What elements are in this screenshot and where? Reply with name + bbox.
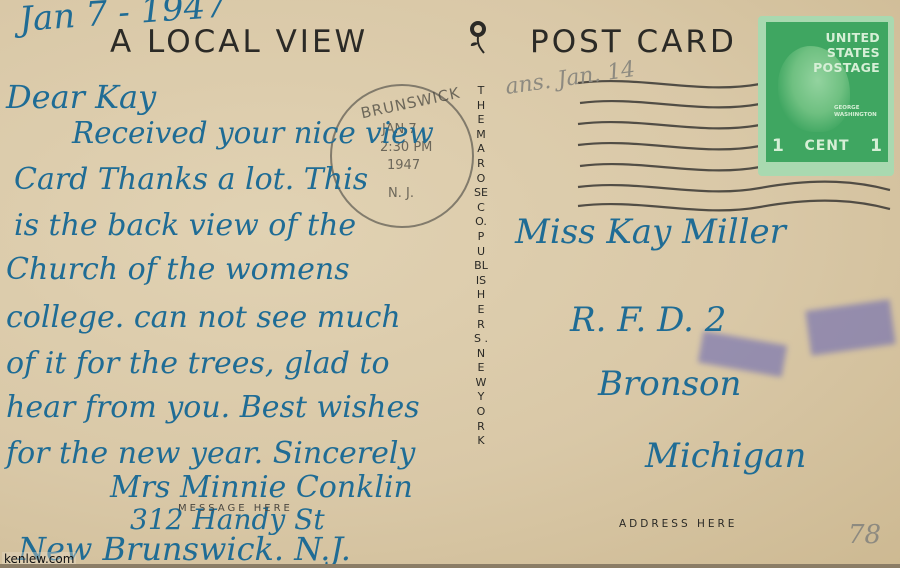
- message-here-label: MESSAGE HERE: [178, 503, 293, 514]
- stamp-portrait-name: GEORGE WASHINGTON: [834, 105, 877, 119]
- message-line: for the new year. Sincerely: [6, 436, 415, 471]
- message-line: Card Thanks a lot. This: [14, 162, 368, 197]
- pencil-number: 78: [848, 520, 881, 550]
- message-line: is the back view of the: [14, 208, 356, 243]
- address-here-label: ADDRESS HERE: [619, 518, 737, 530]
- message-line: hear from you. Best wishes: [6, 390, 420, 425]
- address-town: Bronson: [598, 364, 741, 404]
- message-line: Church of the womens: [6, 252, 350, 287]
- message-line: college. can not see much: [6, 300, 401, 335]
- publisher-imprint: THE MAROSE CO. PUBLISHERS . NEW YORK: [474, 84, 488, 449]
- postmark-state: N. J.: [388, 186, 414, 201]
- postage-stamp: UNITED STATES POSTAGE GEORGE WASHINGTON …: [758, 16, 894, 176]
- message-line: Received your nice view: [72, 116, 434, 151]
- stamp-country: UNITED STATES POSTAGE: [813, 30, 880, 75]
- header-post-card: POST CARD: [530, 24, 737, 60]
- message-line: of it for the trees, glad to: [6, 346, 390, 381]
- address-state: Michigan: [645, 436, 806, 476]
- rose-icon: [462, 18, 494, 58]
- postmark-year: 1947: [387, 158, 420, 173]
- address-name: Miss Kay Miller: [515, 212, 786, 252]
- message-signature: Mrs Minnie Conklin: [110, 470, 413, 505]
- stamp-denomination: 1 CENT 1: [772, 136, 882, 156]
- postmark: BRUNSWICK JAN 7 2:30 PM 1947 N. J.: [330, 84, 474, 228]
- postcard: A LOCAL VIEW POST CARD THE MAROSE CO. PU…: [0, 0, 900, 568]
- watermark: kenlew.com: [2, 552, 76, 566]
- message-line: Dear Kay: [6, 78, 156, 116]
- address-route: R. F. D. 2: [570, 300, 726, 340]
